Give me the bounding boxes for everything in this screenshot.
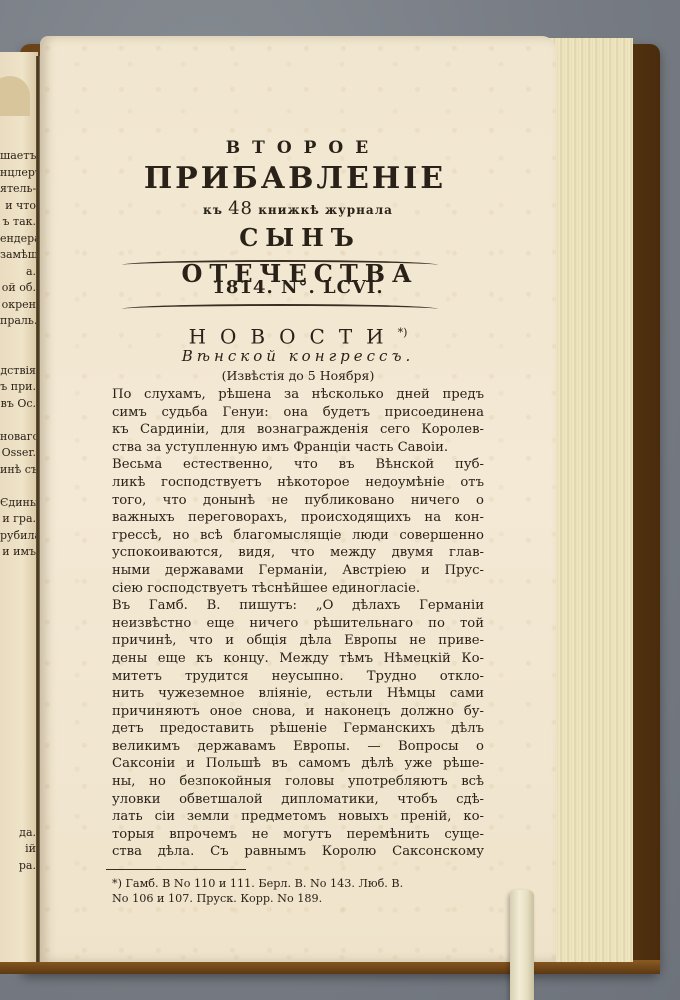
header-suffix: книжкѣ журнала — [258, 203, 393, 217]
body-line: важныхъ переговорахъ, происходящихъ на к… — [112, 509, 484, 527]
footnote-rule — [106, 869, 246, 870]
body-line: грессѣ, но всѣ благомыслящіе люди соверш… — [112, 527, 484, 545]
header-prefix: къ — [203, 203, 223, 217]
left-page-line — [0, 726, 36, 743]
issue-number: 1814. N°. LCVI. — [112, 276, 484, 300]
left-page-line — [0, 676, 36, 693]
left-page-line: инѣ съ — [0, 462, 36, 479]
body-line: великимъ державамъ Европы. — Вопросы о — [112, 738, 484, 756]
body-line: сіею господствуетъ тѣснѣйшее единогласіе… — [112, 580, 484, 598]
body-line: того, что донынѣ не публиковано ничего о — [112, 492, 484, 510]
section-subtitle: Вѣнской конгрессъ. — [112, 346, 484, 366]
body-line: успокоиваются, видя, что между двумя гла… — [112, 544, 484, 562]
body-line: торыя впрочемъ не могутъ перемѣнить суще… — [112, 826, 484, 844]
body-line: Саксоніи и Польшѣ въ самомъ дѣлѣ уже рѣш… — [112, 755, 484, 773]
journal-title: СЫНЪ ОТЕЧЕСТВА — [116, 220, 484, 256]
header-line-pribavlenie: ПРИБАВЛЕНІЕ — [106, 160, 484, 198]
body-line: причинѣ, что и общія дѣла Европы не прив… — [112, 632, 484, 650]
footnote-line-2: No 106 и 107. Пруск. Корр. No 189. — [112, 891, 484, 906]
left-page-line — [0, 610, 36, 627]
body-line: детъ предоставить рѣшеніе Германскихъ дѣ… — [112, 720, 484, 738]
body-line: ны, но безпокойныя головы употребляютъ в… — [112, 773, 484, 791]
left-page-line: ій — [0, 841, 36, 858]
left-page-line: шаетъ — [0, 148, 36, 165]
left-page-line — [0, 478, 36, 495]
left-page-line: окрен — [0, 297, 36, 314]
left-page-line — [0, 693, 36, 710]
left-page-line: ра. — [0, 858, 36, 875]
dateline: (Извѣстія до 5 Ноября) — [112, 366, 484, 386]
left-page-line: Osser. — [0, 445, 36, 462]
left-page-line — [0, 561, 36, 578]
left-verso-page: шаетънцлеръятель-и чтоъ так.ендеразамѣш-… — [0, 52, 38, 962]
left-page-line: ъ так. — [0, 214, 36, 231]
body-line: ства дѣла. Съ равнымъ Королю Саксонскому — [112, 843, 484, 861]
left-page-line — [0, 775, 36, 792]
footnote: *) Гамб. В No 110 и 111. Берл. В. No 143… — [112, 876, 484, 906]
header-line-journal-ref: къ 48 книжкѣ журнала — [112, 198, 484, 220]
left-page-line — [0, 412, 36, 429]
left-page-line — [0, 627, 36, 644]
header-line-vtoroe: ВТОРОЕ — [122, 136, 484, 160]
left-page-line: и имъ — [0, 544, 36, 561]
body-line: къ Сардиніи, для вознагражденія сего Кор… — [112, 421, 484, 439]
left-page-line — [0, 594, 36, 611]
left-page-line: и гра. — [0, 511, 36, 528]
left-page-line: ой об. — [0, 280, 36, 297]
footnote-line-1: *) Гамб. В No 110 и 111. Берл. В. No 143… — [112, 876, 484, 891]
left-page-line: замѣш- — [0, 247, 36, 264]
left-page-line — [0, 577, 36, 594]
body-line: По слухамъ, рѣшена за нѣсколько дней пре… — [112, 386, 484, 404]
body-line: митетъ трудится неусыпно. Трудно отклo- — [112, 668, 484, 686]
body-line: лать сіи земли предметомъ новыхъ преній,… — [112, 808, 484, 826]
page-content: ВТОРОЕ ПРИБАВЛЕНІЕ къ 48 книжкѣ журнала … — [112, 136, 484, 906]
left-page-line — [0, 792, 36, 809]
left-page-line: ятель- — [0, 181, 36, 198]
left-page-line: Єдины, — [0, 495, 36, 512]
left-page-line: рубила — [0, 528, 36, 545]
left-page-line — [0, 808, 36, 825]
body-line: ными державами Германіи, Австріею и Прус… — [112, 562, 484, 580]
left-page-line — [0, 660, 36, 677]
left-page-line: ендера — [0, 231, 36, 248]
left-page-line — [0, 643, 36, 660]
body-line: дены еще къ концу. Между тѣмъ Нѣмецкій К… — [112, 650, 484, 668]
body-line: уловки обветшалой дипломатики, чтобъ сдѣ… — [112, 791, 484, 809]
left-page-line: дствія — [0, 363, 36, 380]
left-page-line — [0, 759, 36, 776]
ivory-bookmark-stick — [510, 890, 534, 1000]
left-page-line: а. — [0, 264, 36, 281]
body-line: Въ Гамб. В. пишутъ: „О дѣлахъ Германіи — [112, 597, 484, 615]
body-line: причиняютъ оное снова, и наконецъ должно… — [112, 703, 484, 721]
left-page-line — [0, 330, 36, 347]
left-page-line: да. — [0, 825, 36, 842]
page-block-fore-edge — [548, 38, 633, 962]
left-page-line: нцлеръ — [0, 165, 36, 182]
body-line: ликѣ господствуетъ нѣкоторое недоумѣніе … — [112, 474, 484, 492]
left-page-line — [0, 346, 36, 363]
footnote-mark: *) — [398, 326, 408, 339]
body-line: нить чужеземное вліяніе, естьли Нѣмцы са… — [112, 685, 484, 703]
page-curl — [0, 76, 30, 116]
ornamental-rule-bottom — [122, 304, 438, 314]
header-book-number: 48 — [228, 198, 253, 219]
left-page-line — [0, 742, 36, 759]
article-body: По слухамъ, рѣшена за нѣсколько дней пре… — [112, 386, 484, 861]
left-page-line: ъ при. — [0, 379, 36, 396]
body-line: неизвѣстно еще ничего рѣшительнаго по то… — [112, 615, 484, 633]
left-page-line: въ Ос. — [0, 396, 36, 413]
left-page-line: и что — [0, 198, 36, 215]
right-recto-page: ВТОРОЕ ПРИБАВЛЕНІЕ къ 48 книжкѣ журнала … — [40, 36, 556, 962]
section-title: НОВОСТИ*) — [112, 320, 484, 346]
left-page-line: праль. — [0, 313, 36, 330]
body-line: ства за уступленную имъ Франціи часть Са… — [112, 439, 484, 457]
left-page-line — [0, 709, 36, 726]
body-line: симъ судьба Генуи: она будетъ присоедине… — [112, 404, 484, 422]
left-page-line: новаго, — [0, 429, 36, 446]
left-page-text-fragments: шаетънцлеръятель-и чтоъ так.ендеразамѣш-… — [0, 148, 36, 874]
cover-bottom-edge — [0, 960, 660, 974]
body-line: Весьма естественно, что въ Вѣнской пуб- — [112, 456, 484, 474]
